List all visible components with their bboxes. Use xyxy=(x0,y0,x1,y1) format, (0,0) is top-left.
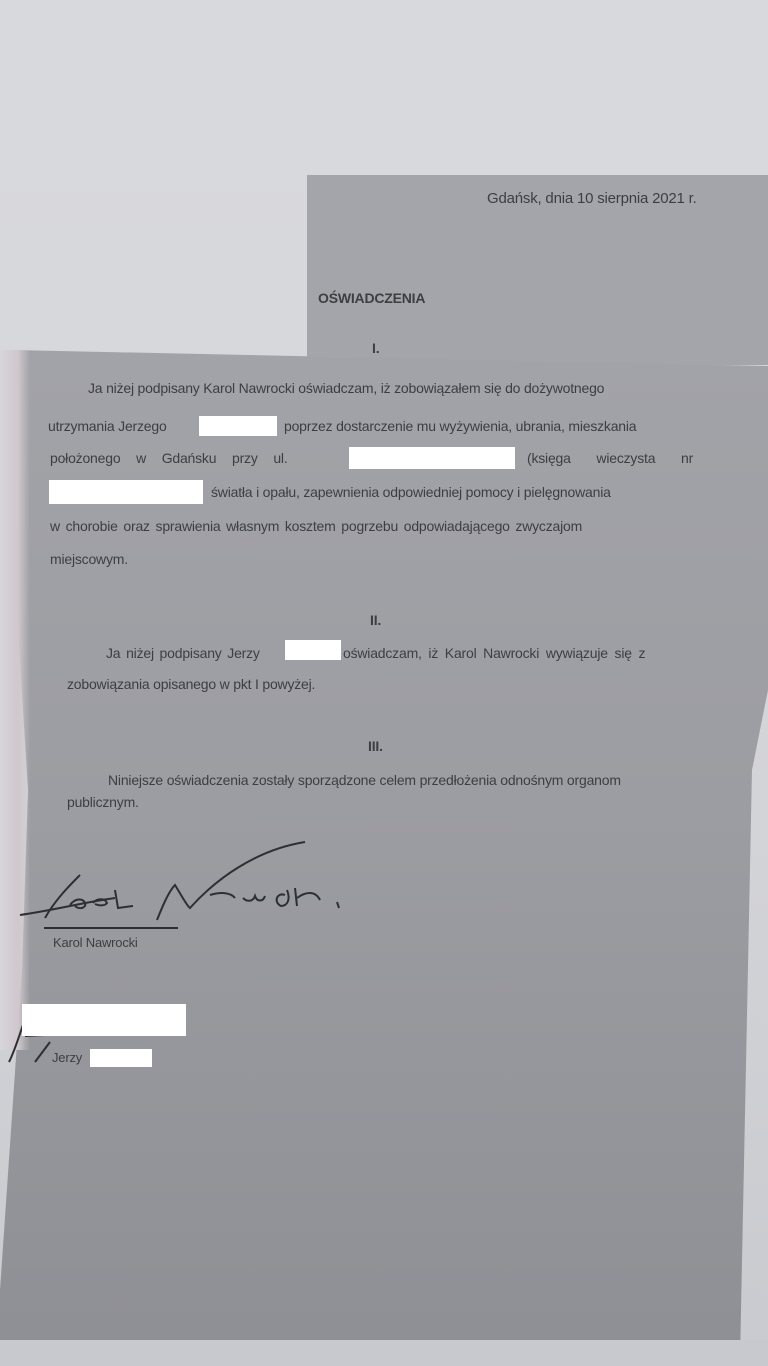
section-3-line-2: publicznym. xyxy=(67,794,139,810)
redaction-land-register xyxy=(49,480,203,504)
section-1-line-5: w chorobie oraz sprawienia własnym koszt… xyxy=(50,518,582,534)
background-surface xyxy=(0,0,768,175)
section-1-line-4: światła i opału, zapewnienia odpowiednie… xyxy=(211,484,611,500)
section-number-1: I. xyxy=(372,340,379,356)
signatory-name-2: Jerzy xyxy=(52,1050,82,1065)
section-2-line-2: zobowiązania opisanego w pkt I powyżej. xyxy=(67,676,315,692)
section-number-3: III. xyxy=(368,738,383,754)
redaction-signature xyxy=(22,1004,186,1036)
section-2-line-1b: oświadczam, iż Karol Nawrocki wywiązuje … xyxy=(343,645,645,661)
redaction-street xyxy=(349,447,515,469)
document-title: OŚWIADCZENIA xyxy=(318,290,425,306)
signature-karol-nawrocki xyxy=(15,840,355,940)
section-2-line-1a: Ja niżej podpisany Jerzy xyxy=(106,645,260,661)
place-date: Gdańsk, dnia 10 sierpnia 2021 r. xyxy=(487,190,697,207)
section-1-line-3b: (księga wieczysta nr xyxy=(527,450,693,466)
redaction-surname-2 xyxy=(285,640,341,660)
signatory-name-1: Karol Nawrocki xyxy=(53,935,138,950)
section-1-line-6: miejscowym. xyxy=(50,551,128,567)
finger-shadow xyxy=(0,350,30,1050)
background-surface-bottom xyxy=(0,1340,768,1366)
section-3-line-1: Niniejsze oświadczenia zostały sporządzo… xyxy=(108,772,621,788)
redaction-surname-3 xyxy=(90,1049,152,1067)
section-1-line-2a: utrzymania Jerzego xyxy=(48,418,167,434)
signature-line-1 xyxy=(44,927,178,929)
section-1-line-3a: położonego w Gdańsku przy ul. xyxy=(50,450,288,466)
section-number-2: II. xyxy=(370,612,381,628)
section-1-line-1: Ja niżej podpisany Karol Nawrocki oświad… xyxy=(88,380,604,396)
section-1-line-2b: poprzez dostarczenie mu wyżywienia, ubra… xyxy=(284,418,636,434)
redaction-surname xyxy=(199,416,277,436)
